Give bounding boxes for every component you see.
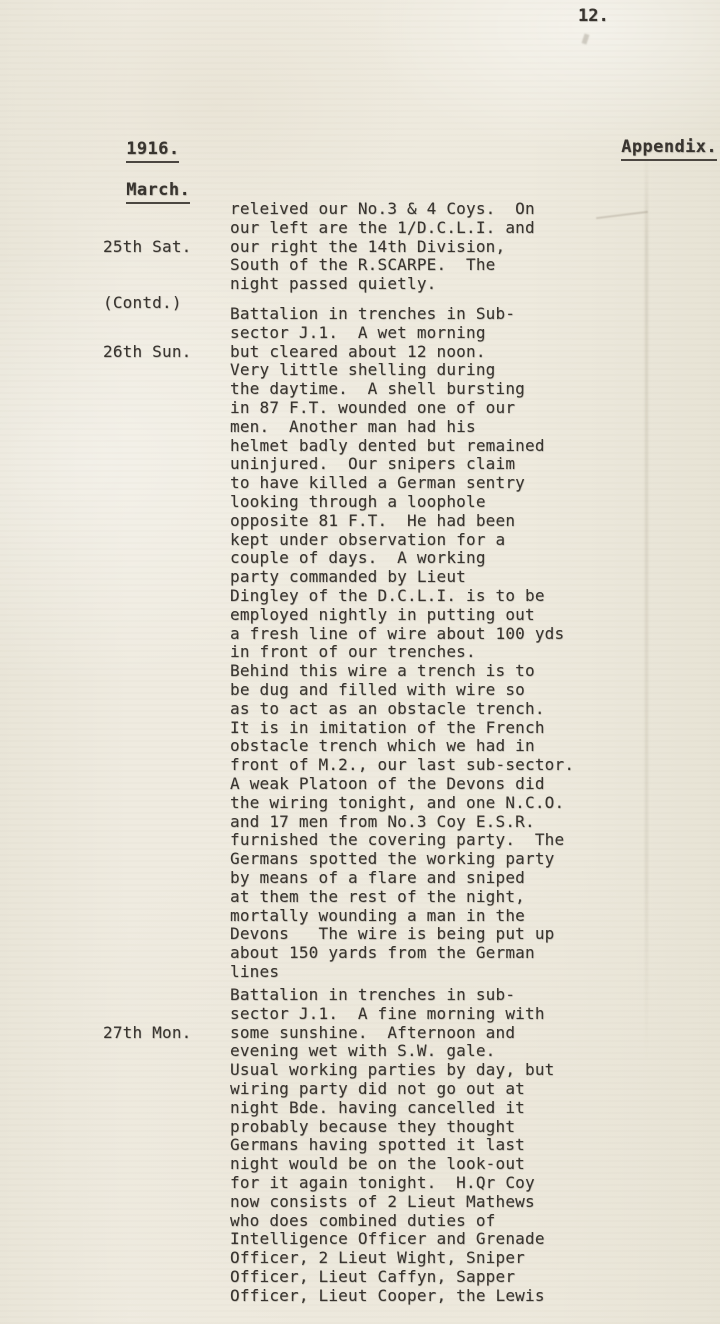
diary-entry-26th-sun: 26th Sun. Battalion in trenches in Sub- … [103,305,574,982]
diary-entry-27th-mon: 27th Mon. Battalion in trenches in sub- … [103,986,554,1306]
document-page: { "page": { "number": "12.", "year_headi… [0,0,720,1324]
pencil-speck [582,33,590,44]
year-heading: 1916. [105,119,179,159]
entry-date-label: 26th Sun. [103,343,230,362]
month-heading: March. [105,160,190,200]
entry-date: 26th Sun. [103,305,230,399]
entry-text: Battalion in trenches in Sub- sector J.1… [230,305,574,982]
entry-date-label: 25th Sat. [103,238,230,257]
page-number: 12. [578,6,609,26]
entry-date-label: 27th Mon. [103,1024,230,1043]
appendix-label-text: Appendix. [621,137,717,161]
entry-text: releived our No.3 & 4 Coys. On our left … [230,200,535,294]
appendix-label: Appendix. [600,117,717,157]
entry-date: 27th Mon. [103,986,230,1080]
entry-text: Battalion in trenches in sub- sector J.1… [230,986,554,1306]
paper-fold-line [645,145,648,1060]
paper-scratch-mark [596,211,648,219]
